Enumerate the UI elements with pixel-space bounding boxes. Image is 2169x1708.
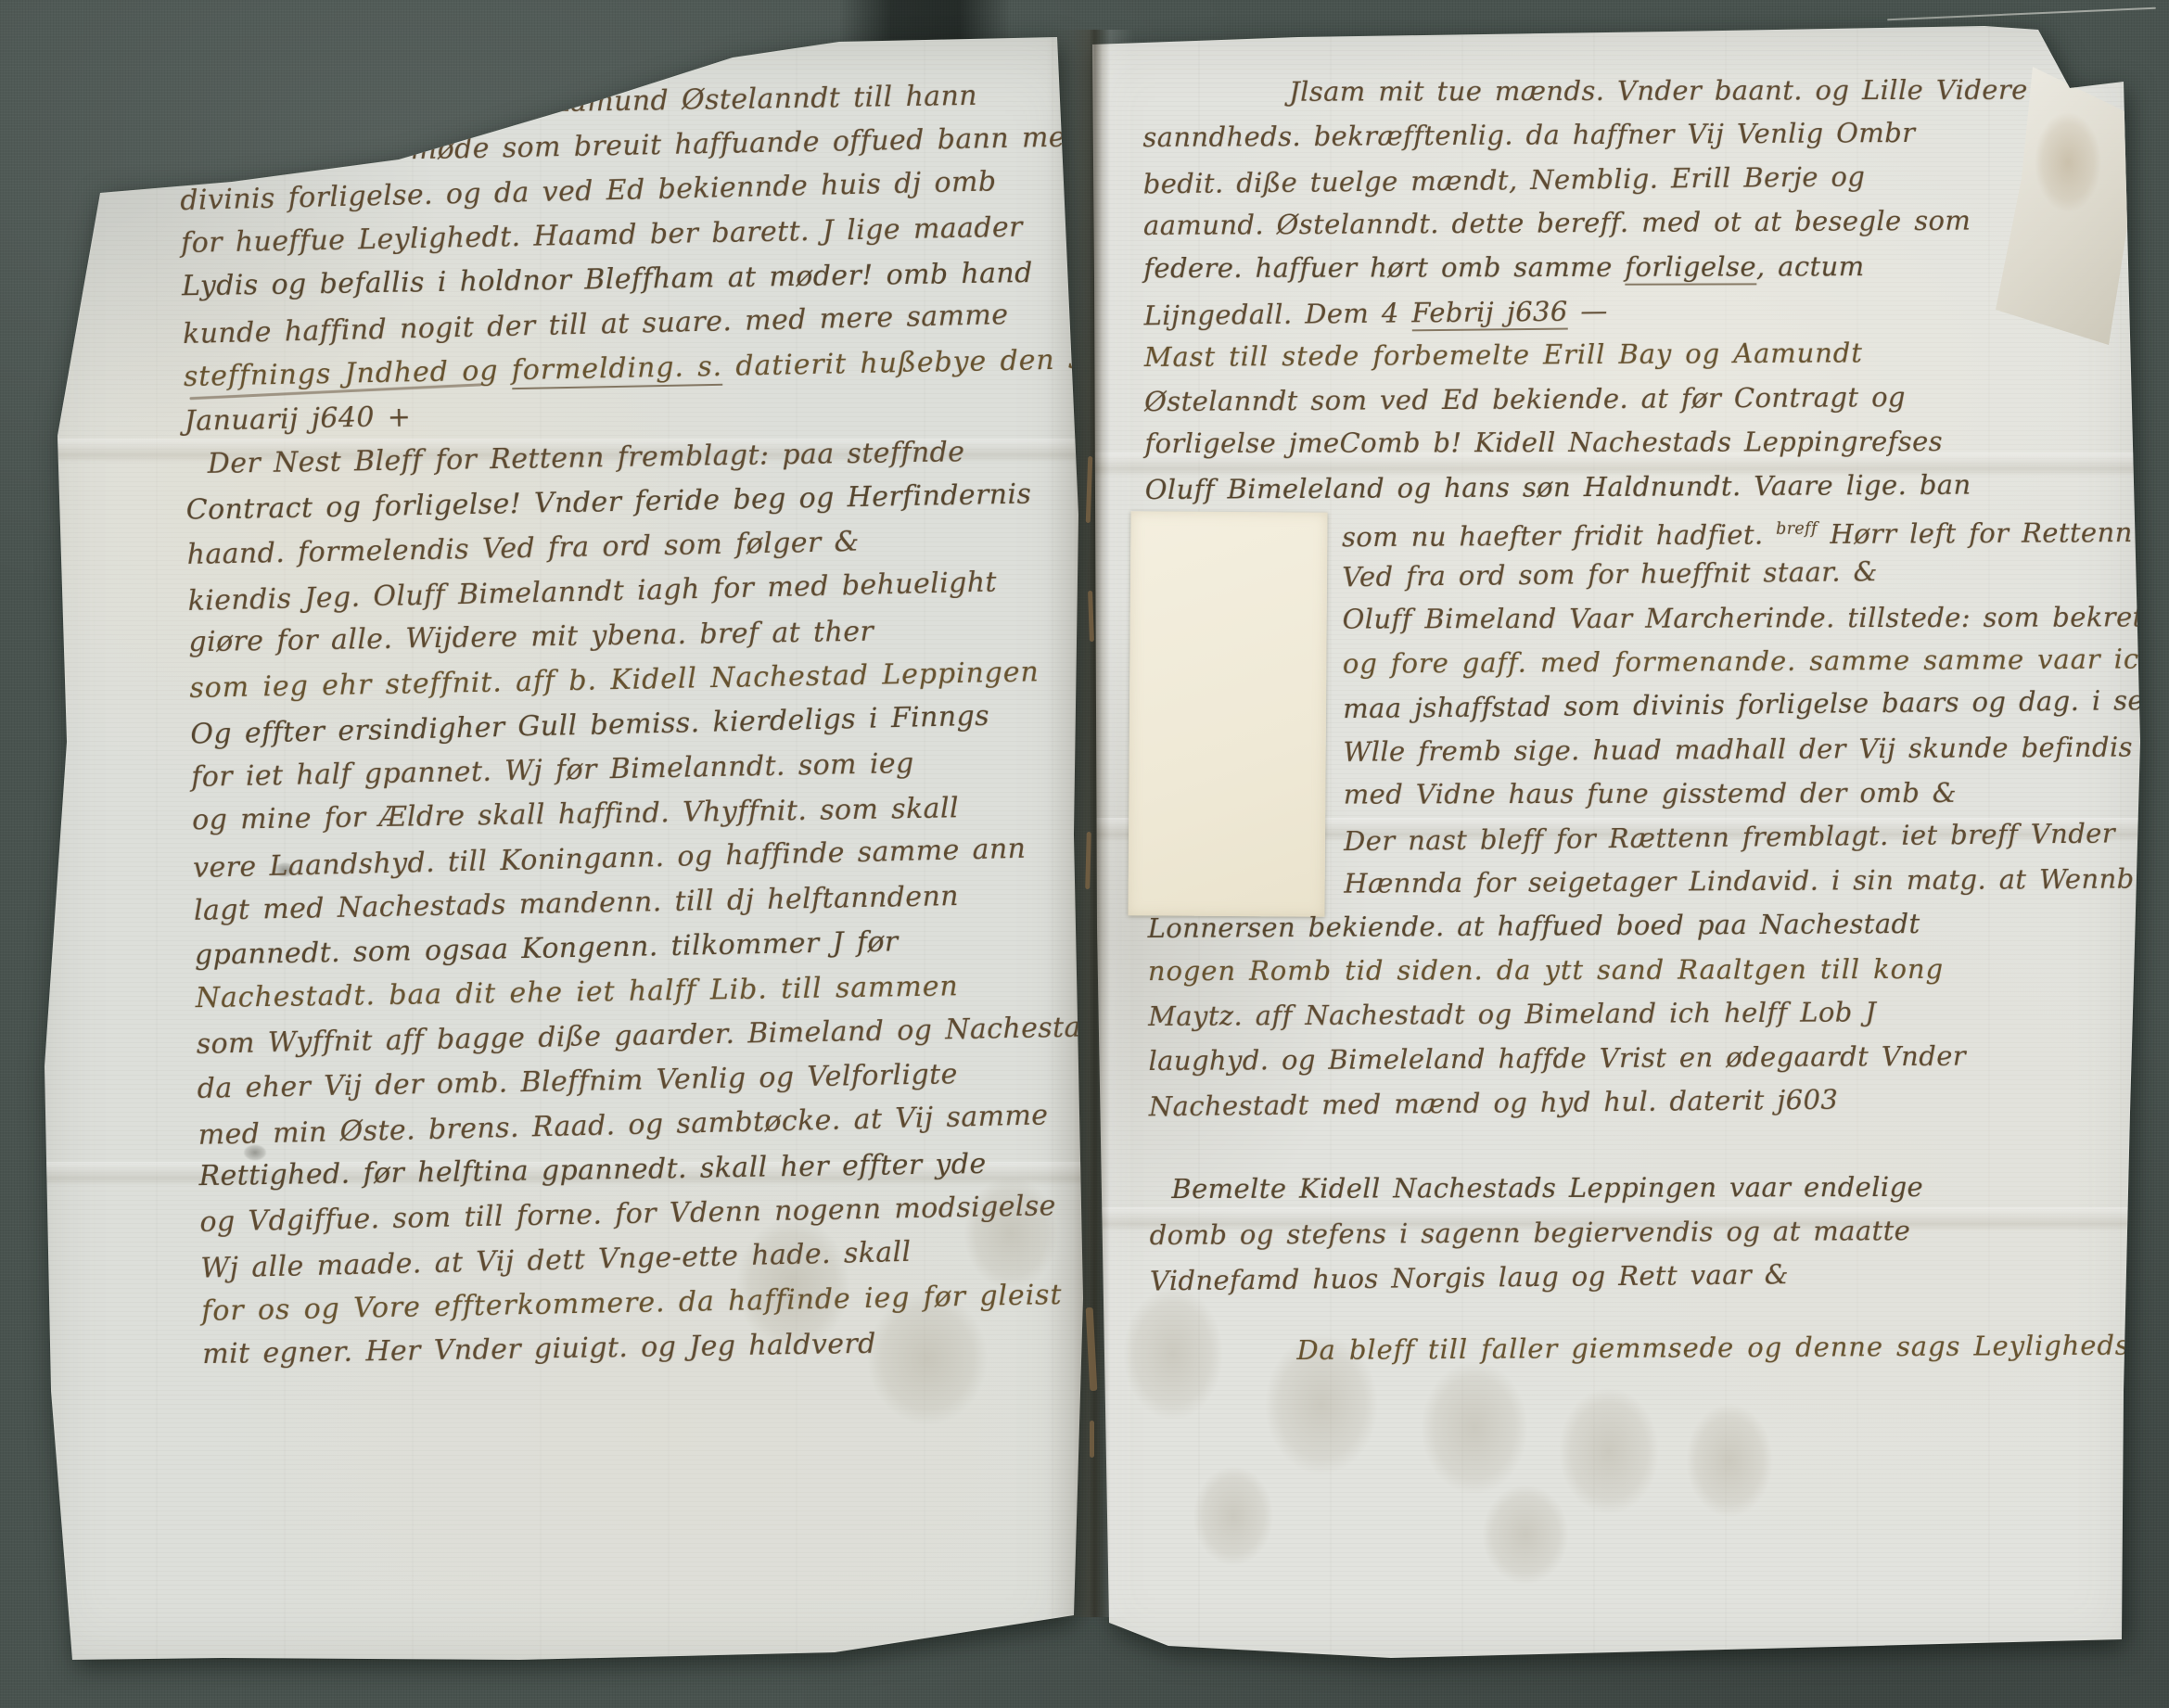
dust-thread [1887,7,2156,21]
left-page-text: steffnings. Erich Bref af Aamund Østelan… [178,71,1079,1379]
manuscript-line: forligelse jmeComb b! Kidell Nachestads … [1144,419,2141,465]
manuscript-line: Oluff Bimeleland og hans søn Haldnundt. … [1145,462,2142,512]
stitch-thread [1086,1307,1098,1391]
stitch-thread [1088,591,1094,642]
manuscript-line: Bemelte Kidell Nachestads Leppingen vaar… [1149,1166,2146,1212]
stain [1178,1447,1289,1586]
manuscript-line: Maytz. aff Nachestadt og Bimeland ich he… [1148,989,2145,1039]
underlined-words: forligelse [1625,250,1756,285]
underlined-words: Febrij j636 [1411,296,1568,332]
stitch-thread [1086,456,1093,523]
manuscript-line: aamund. Østelanndt. dette bereff. med ot… [1143,198,2140,249]
manuscript-line: Nachestadt med mænd og hyd hul. daterit … [1149,1075,2146,1129]
left-page: steffnings. Erich Bref af Aamund Østelan… [28,32,1094,1678]
stitch-thread [1085,832,1091,889]
manuscript-line: Vidnefamd huos Norgis laug og Rett vaar … [1150,1249,2147,1304]
manuscript-line: Jlsam mit tue mænds. Vnder baant. og Lil… [1142,68,2139,114]
manuscript-line: Ved fra ord som for hueffnit staar. & [1145,547,2142,602]
stitch-thread [1090,1421,1094,1458]
manuscript-line: Østelanndt som ved Ed bekiende. at før C… [1144,374,2141,424]
stain [1669,1382,1790,1539]
right-page: Jlsam mit tue mænds. Vnder baant. og Lil… [1066,19,2156,1678]
manuscript-line: federe. haffuer hørt omb samme forligels… [1143,244,2140,290]
manuscript-line: Mast till stede forbemelte Erill Bay og … [1144,330,2141,380]
manuscript-line: sanndheds. bekræfftenlig. da haffner Vij… [1142,110,2139,160]
stain [1539,1363,1678,1539]
manuscript-line: Da bleff till faller giemmsede og denne … [1150,1323,2147,1373]
underlined-words: formelding. s. [511,351,722,389]
manuscript-line: Wlle fremb sige. huad madhall der Vij sk… [1146,725,2143,775]
manuscript-line: nogen Romb tid siden. da ytt sand Raaltg… [1148,947,2145,993]
stain [1465,1465,1586,1604]
manuscript-line: Hænnda for seigetager Lindavid. i sin ma… [1147,857,2144,907]
right-page-text: Jlsam mit tue mænds. Vnder baant. og Lil… [1142,66,2148,1372]
manuscript-line: Oluff Bimeland Vaar Marcherinde. tillste… [1146,595,2143,642]
photograph-of-manuscript: steffnings. Erich Bref af Aamund Østelan… [0,0,2169,1708]
manuscript-line: Lonnersen bekiende. at haffued boed paa … [1148,901,2145,951]
manuscript-line: med Vidne haus fune gisstemd der omb & [1147,771,2144,818]
interlinear-insertion: breff [1776,519,1818,538]
